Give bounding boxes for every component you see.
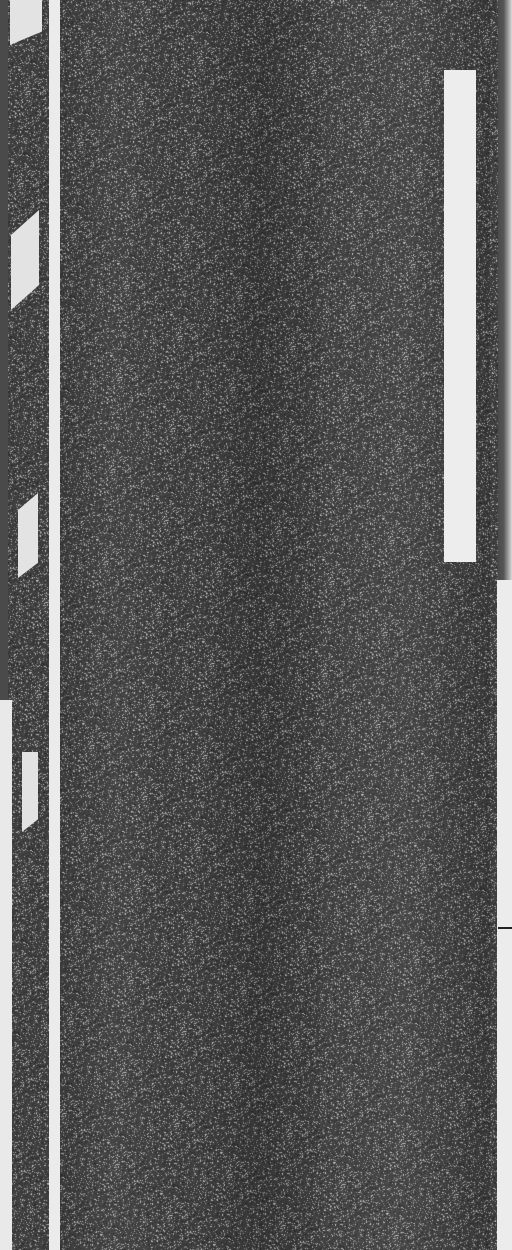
edge-crack: [498, 927, 512, 929]
right-lane-stripe: [444, 70, 476, 562]
solid-lane-line: [49, 0, 60, 1250]
left-edge-line: [0, 700, 12, 1250]
road-aerial-image: Road pavement with lane markings: [0, 0, 512, 1250]
left-shoulder: [0, 0, 8, 700]
asphalt-texture: [0, 0, 512, 1250]
right-edge-line: [497, 580, 512, 1250]
lane-dash-marking: [22, 752, 38, 832]
